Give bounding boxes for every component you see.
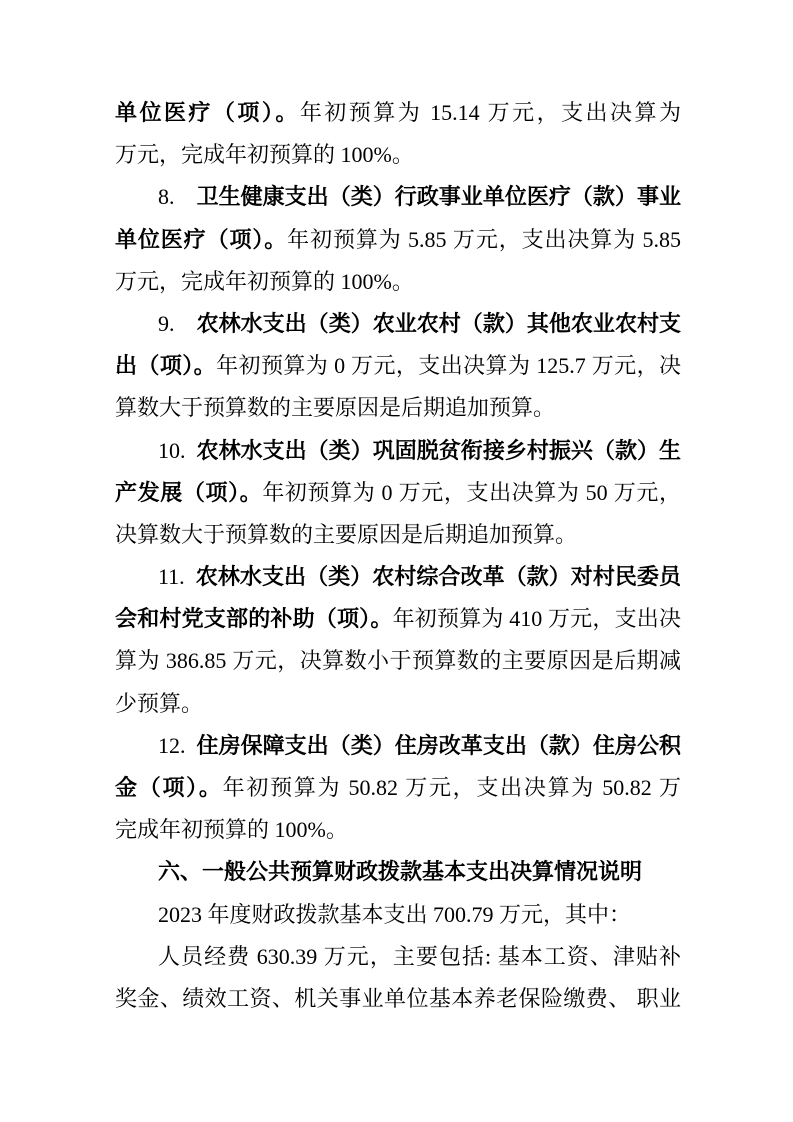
text-line: 人员经费 630.39 万元，主要包括: 基本工资、津贴补贴、 [115,936,681,978]
text-segment: 算数大于预算数的主要原因是后期追加预算。 [115,395,555,420]
text-segment: 单位医疗（项）。 [115,100,300,125]
section-heading-line: 六、一般公共预算财政拨款基本支出决算情况说明 [115,851,681,893]
text-segment: 万元，完成年初预算的 100%。 [115,142,414,167]
text-line: 9. 农林水支出（类）农业农村（款）其他农业农村支 [115,303,681,345]
text-segment: 少预算。 [115,691,203,716]
text-line: 万元，完成年初预算的 100%。 [115,134,681,176]
text-segment: 奖金、绩效工资、机关事业单位基本养老保险缴费、 职业 [115,986,681,1011]
text-segment: 2023 年度财政拨款基本支出 700.79 万元，其中： [158,902,631,927]
text-segment: 农林水支出（类）巩固脱贫衔接乡村振兴（款）生 [197,438,681,463]
text-segment: 农林水支出（类）农业农村（款）其他农业农村支 [197,311,681,336]
text-line: 11. 农林水支出（类）农村综合改革（款）对村民委员 [115,556,681,598]
text-segment: 会和村党支部的补助（项）。 [115,606,393,631]
text-segment: 11. [158,564,196,589]
text-line: 完成年初预算的 100%。 [115,809,681,851]
text-segment: 卫生健康支出（类）行政事业单位医疗（款）事业 [197,184,681,209]
text-segment: 住房保障支出（类）住房改革支出（款）住房公积 [197,733,681,758]
text-segment: 万元，完成年初预算的 100%。 [115,269,414,294]
text-line: 产发展（项）。年初预算为 0 万元，支出决算为 50 万元， [115,472,681,514]
text-line: 决算数大于预算数的主要原因是后期追加预算。 [115,514,681,556]
text-segment: 产发展（项）。 [115,480,262,505]
text-line: 金（项）。年初预算为 50.82 万元，支出决算为 50.82 万元， [115,767,681,809]
text-line: 奖金、绩效工资、机关事业单位基本养老保险缴费、 职业 [115,978,681,1020]
text-segment: 年初预算为 5.85 万元，支出决算为 5.85 [287,227,681,252]
text-line: 出（项）。年初预算为 0 万元，支出决算为 125.7 万元，决 [115,345,681,387]
text-line: 算数大于预算数的主要原因是后期追加预算。 [115,387,681,429]
text-segment: 10. [158,438,197,463]
text-segment: 出（项）。 [115,353,216,378]
text-line: 10. 农林水支出（类）巩固脱贫衔接乡村振兴（款）生 [115,430,681,472]
text-line: 单位医疗（项）。年初预算为 5.85 万元，支出决算为 5.85 [115,219,681,261]
text-segment: 8. [158,184,197,209]
text-segment: 决算数大于预算数的主要原因是后期追加预算。 [115,522,577,547]
text-segment: 单位医疗（项）。 [115,227,287,252]
document-body: 单位医疗（项）。年初预算为 15.14 万元，支出决算为 15.14 万元，完成… [115,92,681,1020]
text-segment: 年初预算为 0 万元，支出决算为 50 万元， [262,480,681,505]
text-segment: 人员经费 630.39 万元，主要包括: 基本工资、津贴补贴、 [115,944,681,978]
text-line: 万元，完成年初预算的 100%。 [115,261,681,303]
text-line: 算为 386.85 万元，决算数小于预算数的主要原因是后期减 [115,640,681,682]
text-segment: 9. [158,311,197,336]
text-line: 单位医疗（项）。年初预算为 15.14 万元，支出决算为 15.14 [115,92,681,134]
text-segment: 年初预算为 0 万元，支出决算为 125.7 万元，决 [216,353,681,378]
text-segment: 算为 386.85 万元，决算数小于预算数的主要原因是后期减 [115,648,681,673]
text-segment: 完成年初预算的 100%。 [115,817,348,842]
document-page: 单位医疗（项）。年初预算为 15.14 万元，支出决算为 15.14 万元，完成… [0,0,793,1122]
text-line: 8. 卫生健康支出（类）行政事业单位医疗（款）事业 [115,176,681,218]
text-line: 2023 年度财政拨款基本支出 700.79 万元，其中： [115,894,681,936]
text-segment: 12. [158,733,197,758]
text-line: 少预算。 [115,683,681,725]
text-segment: 年初预算为 410 万元，支出决 [393,606,681,631]
text-line: 会和村党支部的补助（项）。年初预算为 410 万元，支出决 [115,598,681,640]
text-segment: 六、一般公共预算财政拨款基本支出决算情况说明 [158,859,642,884]
text-segment: 农林水支出（类）农村综合改革（款）对村民委员 [196,564,681,589]
text-segment: 金（项）。 [115,775,223,800]
text-line: 12. 住房保障支出（类）住房改革支出（款）住房公积 [115,725,681,767]
